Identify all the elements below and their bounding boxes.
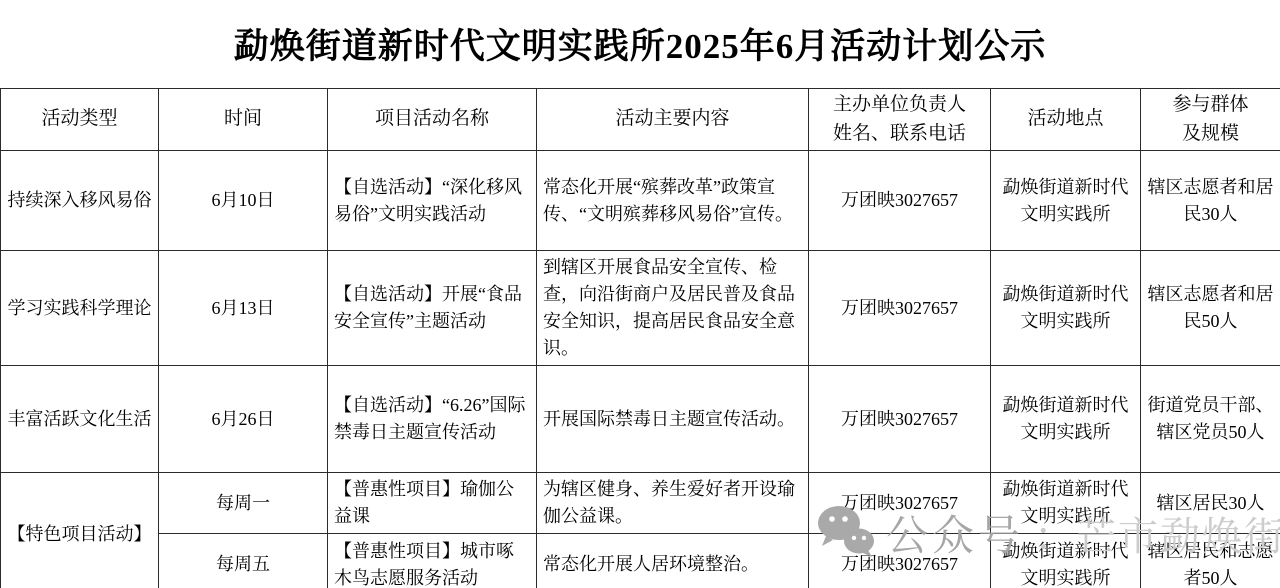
cell-location: 勐焕街道新时代文明实践所 — [991, 151, 1141, 251]
cell-organizer-contact: 万团映3027657 — [809, 473, 991, 534]
header-participants: 参与群体 及规模 — [1141, 89, 1280, 151]
table-row: 丰富活跃文化生活 6月26日 【自选活动】“6.26”国际禁毒日主题宣传活动 开… — [1, 366, 1280, 473]
cell-organizer-contact: 万团映3027657 — [809, 251, 991, 366]
table-row: 每周五 【普惠性项目】城市啄木鸟志愿服务活动 常态化开展人居环境整治。 万团映3… — [1, 534, 1280, 588]
cell-main-content: 常态化开展人居环境整治。 — [537, 534, 809, 588]
cell-main-content: 到辖区开展食品安全宣传、检查，向沿街商户及居民普及食品安全知识，提高居民食品安全… — [537, 251, 809, 366]
cell-organizer-contact: 万团映3027657 — [809, 151, 991, 251]
cell-activity-type: 丰富活跃文化生活 — [1, 366, 159, 473]
announcement-page: 勐焕街道新时代文明实践所2025年6月活动计划公示 活动类型 时间 项目活动名称… — [0, 0, 1280, 588]
cell-organizer-contact: 万团映3027657 — [809, 534, 991, 588]
cell-main-content: 常态化开展“殡葬改革”政策宣传、“文明殡葬移风易俗”宣传。 — [537, 151, 809, 251]
cell-project-name: 【普惠性项目】城市啄木鸟志愿服务活动 — [328, 534, 537, 588]
page-title: 勐焕街道新时代文明实践所2025年6月活动计划公示 — [0, 0, 1280, 88]
cell-activity-type: 【特色项目活动】 — [1, 473, 159, 588]
header-main-content: 活动主要内容 — [537, 89, 809, 151]
cell-participants: 辖区志愿者和居民30人 — [1141, 151, 1280, 251]
cell-location: 勐焕街道新时代文明实践所 — [991, 534, 1141, 588]
cell-main-content: 开展国际禁毒日主题宣传活动。 — [537, 366, 809, 473]
cell-participants: 街道党员干部、辖区党员50人 — [1141, 366, 1280, 473]
cell-time: 6月13日 — [159, 251, 328, 366]
cell-activity-type: 学习实践科学理论 — [1, 251, 159, 366]
header-row: 活动类型 时间 项目活动名称 活动主要内容 主办单位负责人 姓名、联系电话 活动… — [1, 89, 1280, 151]
cell-location: 勐焕街道新时代文明实践所 — [991, 251, 1141, 366]
cell-organizer-contact: 万团映3027657 — [809, 366, 991, 473]
header-time: 时间 — [159, 89, 328, 151]
header-organizer-contact: 主办单位负责人 姓名、联系电话 — [809, 89, 991, 151]
cell-location: 勐焕街道新时代文明实践所 — [991, 473, 1141, 534]
cell-project-name: 【普惠性项目】瑜伽公益课 — [328, 473, 537, 534]
cell-project-name: 【自选活动】“深化移风易俗”文明实践活动 — [328, 151, 537, 251]
cell-participants: 辖区志愿者和居民50人 — [1141, 251, 1280, 366]
header-activity-type: 活动类型 — [1, 89, 159, 151]
header-location: 活动地点 — [991, 89, 1141, 151]
cell-time: 每周五 — [159, 534, 328, 588]
cell-activity-type: 持续深入移风易俗 — [1, 151, 159, 251]
table-row: 持续深入移风易俗 6月10日 【自选活动】“深化移风易俗”文明实践活动 常态化开… — [1, 151, 1280, 251]
header-project-name: 项目活动名称 — [328, 89, 537, 151]
cell-project-name: 【自选活动】“6.26”国际禁毒日主题宣传活动 — [328, 366, 537, 473]
cell-time: 6月26日 — [159, 366, 328, 473]
table-row: 学习实践科学理论 6月13日 【自选活动】开展“食品安全宣传”主题活动 到辖区开… — [1, 251, 1280, 366]
cell-main-content: 为辖区健身、养生爱好者开设瑜伽公益课。 — [537, 473, 809, 534]
cell-time: 6月10日 — [159, 151, 328, 251]
cell-time: 每周一 — [159, 473, 328, 534]
cell-participants: 辖区居民和志愿者50人 — [1141, 534, 1280, 588]
cell-location: 勐焕街道新时代文明实践所 — [991, 366, 1141, 473]
cell-participants: 辖区居民30人 — [1141, 473, 1280, 534]
table-row: 【特色项目活动】 每周一 【普惠性项目】瑜伽公益课 为辖区健身、养生爱好者开设瑜… — [1, 473, 1280, 534]
cell-project-name: 【自选活动】开展“食品安全宣传”主题活动 — [328, 251, 537, 366]
activity-plan-table: 活动类型 时间 项目活动名称 活动主要内容 主办单位负责人 姓名、联系电话 活动… — [0, 88, 1280, 588]
